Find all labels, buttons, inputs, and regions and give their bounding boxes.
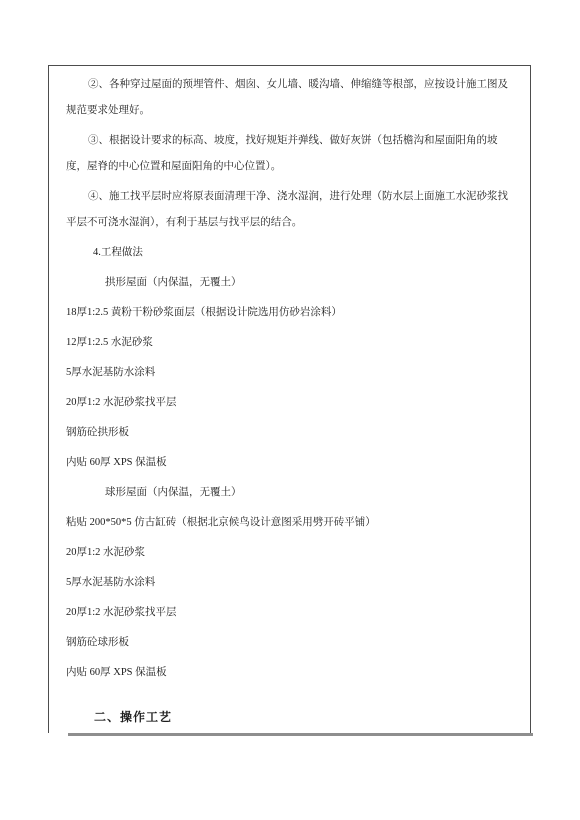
text-line: 4.工程做法 <box>66 240 516 266</box>
text-line: ②、各种穿过屋面的预埋管件、烟囱、女儿墙、暖沟墙、伸缩缝等根部，应按设计施工图及… <box>66 72 516 124</box>
text-line: 20厚1:2 水泥砂浆找平层 <box>66 600 516 626</box>
text-line: 20厚1:2 水泥砂浆 <box>66 540 516 566</box>
text-line: 20厚1:2 水泥砂浆找平层 <box>66 390 516 416</box>
document-body: ②、各种穿过屋面的预埋管件、烟囱、女儿墙、暖沟墙、伸缩缝等根部，应按设计施工图及… <box>49 66 530 733</box>
text-line: 拱形屋面（内保温，无覆土） <box>66 270 516 296</box>
text-line: 钢筋砼球形板 <box>66 630 516 656</box>
text-line: 钢筋砼拱形板 <box>66 420 516 446</box>
document-page: { "page": { "background": "#ffffff", "fr… <box>0 0 580 820</box>
text-line: 5厚水泥基防水涂料 <box>66 360 516 386</box>
frame-bottom-line <box>68 733 533 736</box>
section-heading: 二、操作工艺 <box>66 704 516 730</box>
text-line: 18厚1:2.5 黄粉干粉砂浆面层（根据设计院选用仿砂岩涂料） <box>66 300 516 326</box>
text-line: 12厚1:2.5 水泥砂浆 <box>66 330 516 356</box>
text-line: 5厚水泥基防水涂料 <box>66 570 516 596</box>
content-frame: ②、各种穿过屋面的预埋管件、烟囱、女儿墙、暖沟墙、伸缩缝等根部，应按设计施工图及… <box>48 65 531 733</box>
text-line: 球形屋面（内保温，无覆土） <box>66 480 516 506</box>
text-line: 粘贴 200*50*5 仿古缸砖（根据北京候鸟设计意图采用劈开砖平铺） <box>66 510 516 536</box>
text-line: 内贴 60厚 XPS 保温板 <box>66 450 516 476</box>
text-line: 内贴 60厚 XPS 保温板 <box>66 660 516 686</box>
text-line: ③、根据设计要求的标高、坡度，找好规矩并弹线、做好灰饼（包括檐沟和屋面阳角的坡度… <box>66 128 516 180</box>
text-line: ④、施工找平层时应将原表面清理干净、浇水湿润，进行处理（防水层上面施工水泥砂浆找… <box>66 184 516 236</box>
